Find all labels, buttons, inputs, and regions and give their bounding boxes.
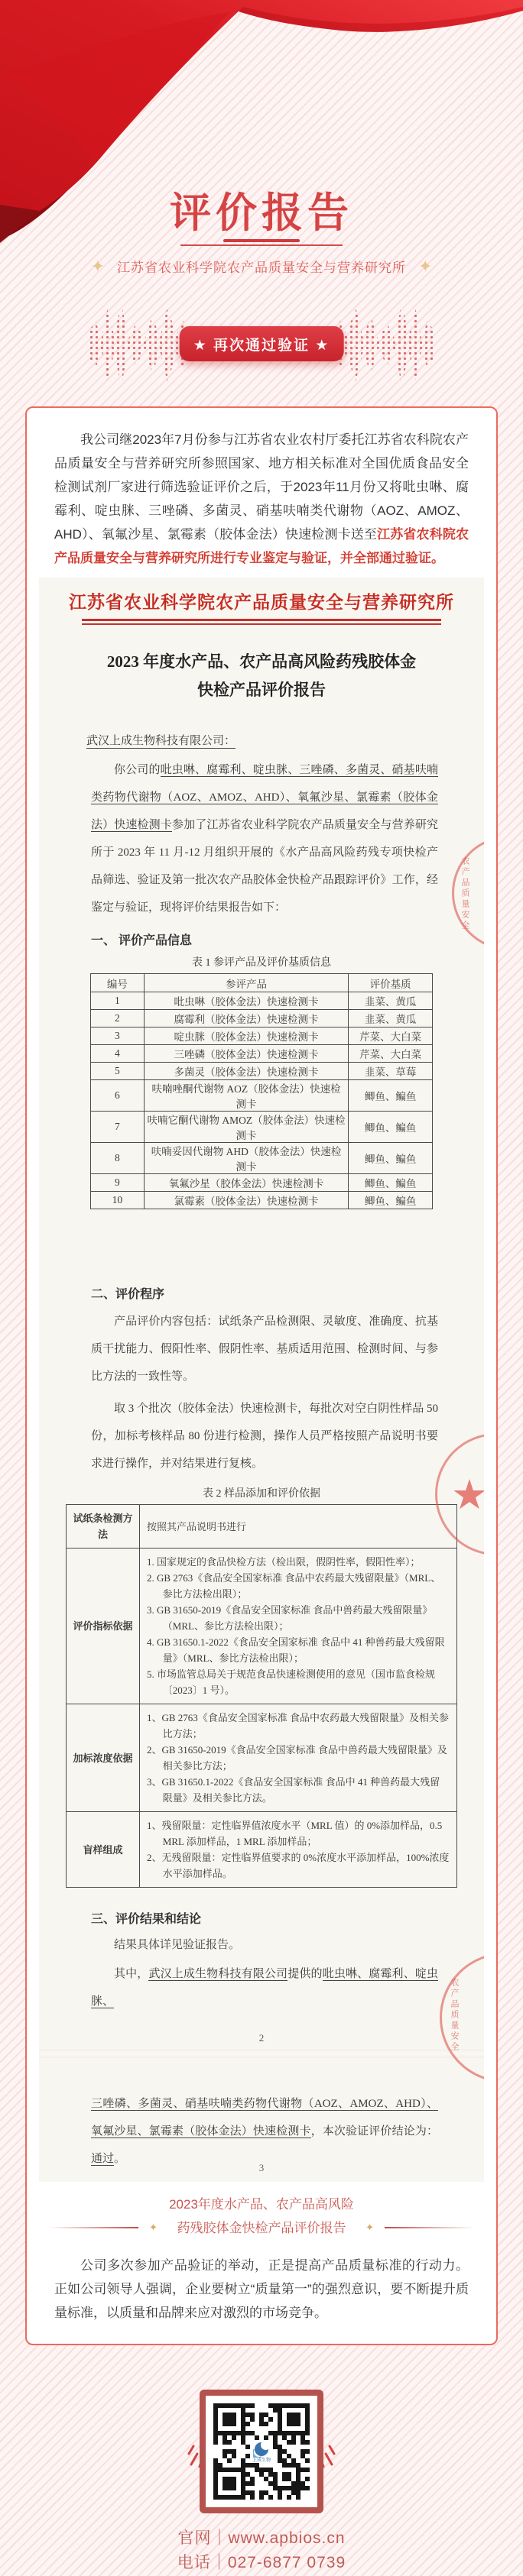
qr-module [227,2458,232,2463]
page-subtitle: 江苏省农业科学院农产品质量安全与营养研究所 [117,257,406,276]
table-cell: 呋喃妥因代谢物 AHD（胶体金法）快速检测卡 [144,1143,348,1174]
caption-rule-right [385,2227,475,2228]
table-cell: 2 [91,1010,145,1027]
table-cell: 鲫鱼、鳊鱼 [349,1080,433,1112]
qr-module [287,2495,291,2500]
table-cell: 9 [91,1174,145,1192]
table-cell: 三唑磷（胶体金法）快速检测卡 [144,1045,348,1063]
table-row: 盲样组成1、残留限量：定性临界值浓度水平（MRL 值）的 0%添加样品，0.5 … [67,1812,457,1888]
section-2-paragraph-1: 产品评价内容包括：试纸条产品检测限、灵敏度、准确度、抗基质干扰能力、假阳性率、假… [91,1308,438,1390]
table-cell: 1、GB 2763《食品安全国家标准 食品中农药最大残留限量》及相关参比方法；2… [140,1704,457,1812]
table-cell: 5 [91,1063,145,1080]
table-header-row: 编号 参评产品 评价基质 [91,974,433,992]
subtitle-row: ✦ 江苏省农业科学院农产品质量安全与营养研究所 ✦ [0,257,523,276]
table-cell: 3 [91,1027,145,1045]
qr-code-frame: 上成生物 [200,2390,323,2513]
qr-module [291,2440,296,2445]
table-cell: 1 [91,992,145,1010]
qr-finder-icon [213,2403,245,2435]
partial-stamp-icon: 农产品质量安全 [440,1953,484,2082]
table-row: 7呋喃它酮代谢物 AMOZ（胶体金法）快速检测卡鲫鱼、鳊鱼 [91,1112,433,1143]
content-card: 我公司继2023年7月份参与江苏省农业农村厅委托江苏省农科院农产品质量安全与营养… [25,406,498,2345]
table-cell: 6 [91,1080,145,1112]
report-letterhead: 江苏省农业科学院农产品质量安全与营养研究所 [39,588,484,613]
qr-module [232,2454,236,2458]
table-cell-line: 3. GB 31650-2019《食品安全国家标准 食品中兽药最大残留限量》（M… [147,1602,450,1634]
partial-stamp-icon: 农产品质量安全 [452,836,484,950]
qr-finder-icon [213,2468,245,2500]
intro-paragraph: 我公司继2023年7月份参与江苏省农业农村厅委托江苏省农科院农产品质量安全与营养… [27,408,496,570]
qr-module [250,2495,255,2500]
table-row: 试纸条检测方法按照其产品说明书进行 [67,1505,457,1549]
table1-products: 编号 参评产品 评价基质 1吡虫啉（胶体金法）快速检测卡韭菜、黄瓜2腐霉利（胶体… [90,973,433,1209]
table-cell: 鲫鱼、鳊鱼 [349,1174,433,1192]
logo-swirl-icon [253,2441,270,2458]
report-paragraph-1: 你公司的吡虫啉、腐霉利、啶虫脒、三唑磷、多菌灵、硝基呋喃类药物代谢物（AOZ、A… [91,756,438,921]
company-logo: 上成生物 [246,2436,277,2467]
table-cell: 啶虫脒（胶体金法）快速检测卡 [144,1027,348,1045]
section-3-continuation: 三唑磷、多菌灵、硝基呋喃类药物代谢物（AOZ、AMOZ、AHD）、氧氟沙星、氯霉… [91,2090,438,2173]
diamond-star-icon: ✦ [149,2222,158,2234]
table-cell: 1、残留限量：定性临界值浓度水平（MRL 值）的 0%添加样品，0.5 MRL … [140,1812,457,1888]
table2-caption: 表 2 样品添加和评价依据 [39,1485,484,1500]
table1-body: 1吡虫啉（胶体金法）快速检测卡韭菜、黄瓜2腐霉利（胶体金法）快速检测卡韭菜、黄瓜… [91,992,433,1209]
qr-module [250,2481,255,2486]
table-cell-line: 3、GB 31650.1-2022《食品安全国家标准 食品中 41 种兽药最大残… [147,1774,450,1806]
section-2-paragraph-2: 取 3 个批次（胶体金法）快速检测卡，每批次对空白阴性样品 50 份，加标考核样… [91,1395,438,1477]
table-cell: 韭菜、黄瓜 [349,1010,433,1027]
table-cell: 芹菜、大白菜 [349,1045,433,1063]
table-cell: 呋喃唑酮代谢物 AOZ（胶体金法）快速检测卡 [144,1080,348,1112]
qr-module [278,2495,282,2500]
report-scan: 江苏省农业科学院农产品质量安全与营养研究所 2023 年度水产品、农产品高风险药… [39,578,484,2182]
table-cell: 7 [91,1112,145,1143]
qr-module [232,2435,236,2440]
qr-module [245,2422,250,2426]
table-cell: 8 [91,1143,145,1174]
table-cell: 腐霉利（胶体金法）快速检测卡 [144,1010,348,1027]
table-cell: 4 [91,1045,145,1063]
section-3-paragraph-2: 其中，武汉上成生物科技有限公司提供的吡虫啉、腐霉利、啶虫脒、 [91,1960,438,2015]
qr-module [305,2477,310,2481]
table-row: 加标浓度依据1、GB 2763《食品安全国家标准 食品中农药最大残留限量》及相关… [67,1704,457,1812]
qr-module [213,2440,218,2445]
table1-caption: 表 1 参评产品及评价基质信息 [39,954,484,969]
table-cell: 按照其产品说明书进行 [140,1505,457,1549]
title-underline-thick [223,239,300,242]
table-cell: 吡虫啉（胶体金法）快速检测卡 [144,992,348,1010]
table-cell-line: 4. GB 31650.1-2022《食品安全国家标准 食品中 41 种兽药最大… [147,1634,450,1666]
table-cell: 鲫鱼、鳊鱼 [349,1112,433,1143]
section-2-heading: 二、评价程序 [91,1284,438,1302]
table-cell-line: 5. 市场监管总局关于规范食品快速检测使用的意见（国市监食检规〔2023〕1 号… [147,1666,450,1698]
qr-module [268,2417,273,2422]
qr-module [264,2435,268,2440]
table-row-label: 加标浓度依据 [67,1704,140,1812]
table-row-label: 评价指标依据 [67,1549,140,1704]
diamond-star-icon: ✦ [418,258,432,275]
report-salutation: 武汉上成生物科技有限公司： [86,727,437,755]
verified-again-badge: ★ 再次通过验证 ★ [180,326,344,361]
table-row: 8呋喃妥因代谢物 AHD（胶体金法）快速检测卡鲫鱼、鳊鱼 [91,1143,433,1174]
table-cell-line: 按照其产品说明书进行 [147,1519,450,1535]
table-cell: 氯霉素（胶体金法）快速检测卡 [144,1192,348,1209]
table-cell: 鲫鱼、鳊鱼 [349,1192,433,1209]
letterhead-rule [82,619,441,625]
logo-text: 上成生物 [252,2458,271,2463]
badge-label: ★ 再次通过验证 ★ [193,334,330,354]
ribbon-decoration [0,0,523,328]
footer-phone: 电话｜027-6877 0739 [0,2550,523,2573]
qr-module [255,2435,259,2440]
qr-module [305,2468,310,2472]
report-title-line2: 快检产品评价报告 [39,676,484,704]
table-cell: 鲫鱼、鳊鱼 [349,1143,433,1174]
qr-code: 上成生物 [213,2403,310,2500]
page-number-2: 2 [39,2032,484,2044]
qr-module [250,2403,255,2408]
qr-module [305,2458,310,2463]
table-row: 5多菌灵（胶体金法）快速检测卡韭菜、草莓 [91,1063,433,1080]
closing-paragraph: 公司多次参加产品验证的举动，正是提高产品质量标准的行动力。正如公司领导人强调，企… [27,2254,496,2325]
table-cell: 韭菜、黄瓜 [349,992,433,1010]
table-row: 6呋喃唑酮代谢物 AOZ（胶体金法）快速检测卡鲫鱼、鳊鱼 [91,1080,433,1112]
table-row: 评价指标依据1. 国家规定的食品快检方法（检出限，假阴性率，假阳性率）；2. G… [67,1549,457,1704]
diamond-star-icon: ✦ [365,2222,374,2234]
table-cell: 呋喃它酮代谢物 AMOZ（胶体金法）快速检测卡 [144,1112,348,1143]
table-row-label: 盲样组成 [67,1812,140,1888]
table-cell: 氧氟沙星（胶体金法）快速检测卡 [144,1174,348,1192]
table-row: 9氧氟沙星（胶体金法）快速检测卡鲫鱼、鳊鱼 [91,1174,433,1192]
table-cell: 10 [91,1192,145,1209]
qr-module [273,2408,278,2413]
qr-module [305,2449,310,2454]
qr-module [245,2454,250,2458]
qr-module [268,2495,273,2500]
table-cell-line: 1、残留限量：定性临界值浓度水平（MRL 值）的 0%添加样品，0.5 MRL … [147,1817,450,1849]
section-3-heading: 三、评价结果和结论 [91,1909,438,1927]
table-row: 1吡虫啉（胶体金法）快速检测卡韭菜、黄瓜 [91,992,433,1010]
report-caption: 2023年度水产品、农产品高风险 药残胶体金快检产品评价报告 ✦ ✦ [27,2193,496,2243]
table-header-cell: 参评产品 [144,974,348,992]
table-row: 4三唑磷（胶体金法）快速检测卡芹菜、大白菜 [91,1045,433,1063]
qr-module [250,2417,255,2422]
table-cell-line: 2. GB 2763《食品安全国家标准 食品中农药最大残留限量》（MRL、参比方… [147,1570,450,1602]
qr-module [227,2440,232,2445]
qr-module [305,2486,310,2490]
table-header-cell: 评价基质 [349,974,433,992]
table-row-label: 试纸条检测方法 [67,1505,140,1549]
title-underline-thin [180,244,343,246]
report-title-line1: 2023 年度水产品、农产品高风险药残胶体金 [39,648,484,676]
caption-line1: 2023年度水产品、农产品高风险 [27,2193,496,2216]
intro-text: 我公司继2023年7月份参与江苏省农业农村厅委托江苏省农科院农产品质量安全与营养… [54,432,469,542]
table-row: 10氯霉素（胶体金法）快速检测卡鲫鱼、鳊鱼 [91,1192,433,1209]
section-3-paragraph-1: 结果具体详见验证报告。 [91,1931,438,1959]
table-cell: 多菌灵（胶体金法）快速检测卡 [144,1063,348,1080]
qr-finder-icon [278,2403,310,2435]
page-number-3: 3 [39,2162,484,2174]
qr-module [305,2440,310,2445]
footer-website: 官网｜www.apbios.cn [0,2526,523,2548]
table-row: 2腐霉利（胶体金法）快速检测卡韭菜、黄瓜 [91,1010,433,1027]
qr-module [245,2445,250,2449]
table-header-cell: 编号 [91,974,145,992]
table-cell: 1. 国家规定的食品快检方法（检出限，假阴性率，假阳性率）；2. GB 2763… [140,1549,457,1704]
section-1-heading: 一、 评价产品信息 [91,930,438,948]
diamond-star-icon: ✦ [91,258,105,275]
table2-criteria: 试纸条检测方法按照其产品说明书进行评价指标依据1. 国家规定的食品快检方法（检出… [66,1504,457,1888]
table-cell: 韭菜、草莓 [349,1063,433,1080]
table-row: 3啶虫脒（胶体金法）快速检测卡芹菜、大白菜 [91,1027,433,1045]
page-background: 评价报告 ✦ 江苏省农业科学院农产品质量安全与营养研究所 ✦ ★ 再次通过验证 … [0,0,523,2576]
table-cell: 芹菜、大白菜 [349,1027,433,1045]
caption-rule-left [48,2227,138,2228]
qr-module [259,2495,264,2500]
table2-body: 试纸条检测方法按照其产品说明书进行评价指标依据1. 国家规定的食品快检方法（检出… [67,1505,457,1888]
qr-module [218,2463,223,2468]
page-seam [39,2049,484,2058]
qr-module [264,2422,268,2426]
table-cell-line: 2、GB 31650-2019《食品安全国家标准 食品中兽药最大残留限量》及相关… [147,1742,450,1774]
qr-module [296,2495,300,2500]
table-cell-line: 1. 国家规定的食品快检方法（检出限，假阴性率，假阳性率）； [147,1554,450,1570]
table-cell-line: 2、无残留限量：定性临界值要求的 0%浓度水平添加样品，100%浓度水平添加样品… [147,1849,450,1882]
page-title: 评价报告 [0,180,523,239]
table-cell-line: 1、GB 2763《食品安全国家标准 食品中农药最大残留限量》及相关参比方法； [147,1710,450,1742]
report-title: 2023 年度水产品、农产品高风险药残胶体金 快检产品评价报告 [39,648,484,704]
